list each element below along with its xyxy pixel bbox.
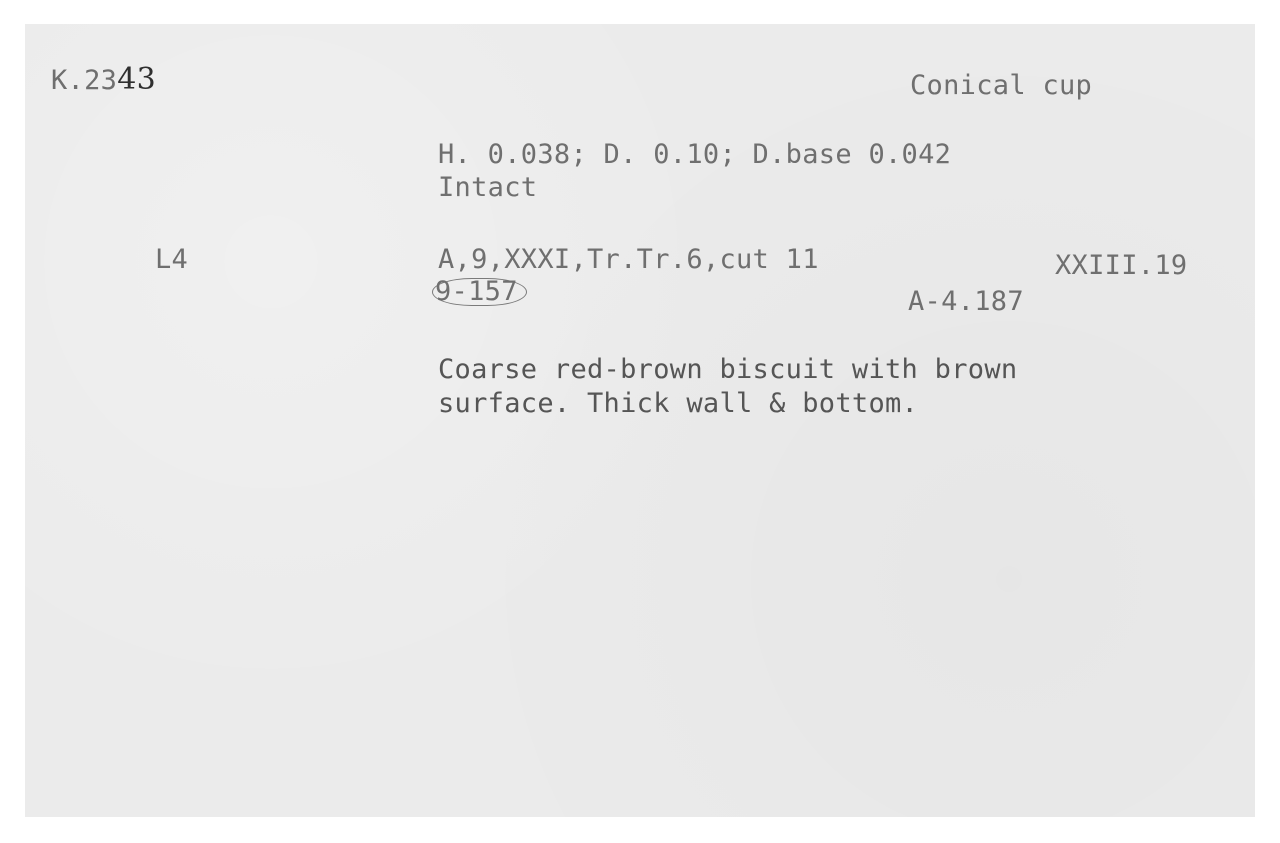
object-type: Conical cup: [910, 70, 1092, 102]
description-line-1: Coarse red-brown biscuit with brown: [438, 354, 1017, 386]
date: XXIII.19: [1055, 250, 1187, 282]
field-number: 9-157: [432, 278, 527, 306]
level-label: L4: [155, 244, 188, 276]
description-line-2: surface. Thick wall & bottom.: [438, 388, 918, 420]
dimensions: H. 0.038; D. 0.10; D.base 0.042: [438, 139, 951, 171]
catalog-number-handwritten: 43: [117, 62, 156, 97]
catalog-card: K.2343 Conical cup H. 0.038; D. 0.10; D.…: [25, 24, 1255, 817]
inventory-number: A-4.187: [908, 286, 1024, 318]
field-number-wrapper: 9-157: [438, 276, 527, 308]
catalog-number-typed: K.23: [51, 65, 117, 96]
findspot: A,9,XXXI,Tr.Tr.6,cut 11: [438, 244, 819, 276]
catalog-number: K.2343: [51, 64, 156, 97]
condition: Intact: [438, 172, 537, 204]
